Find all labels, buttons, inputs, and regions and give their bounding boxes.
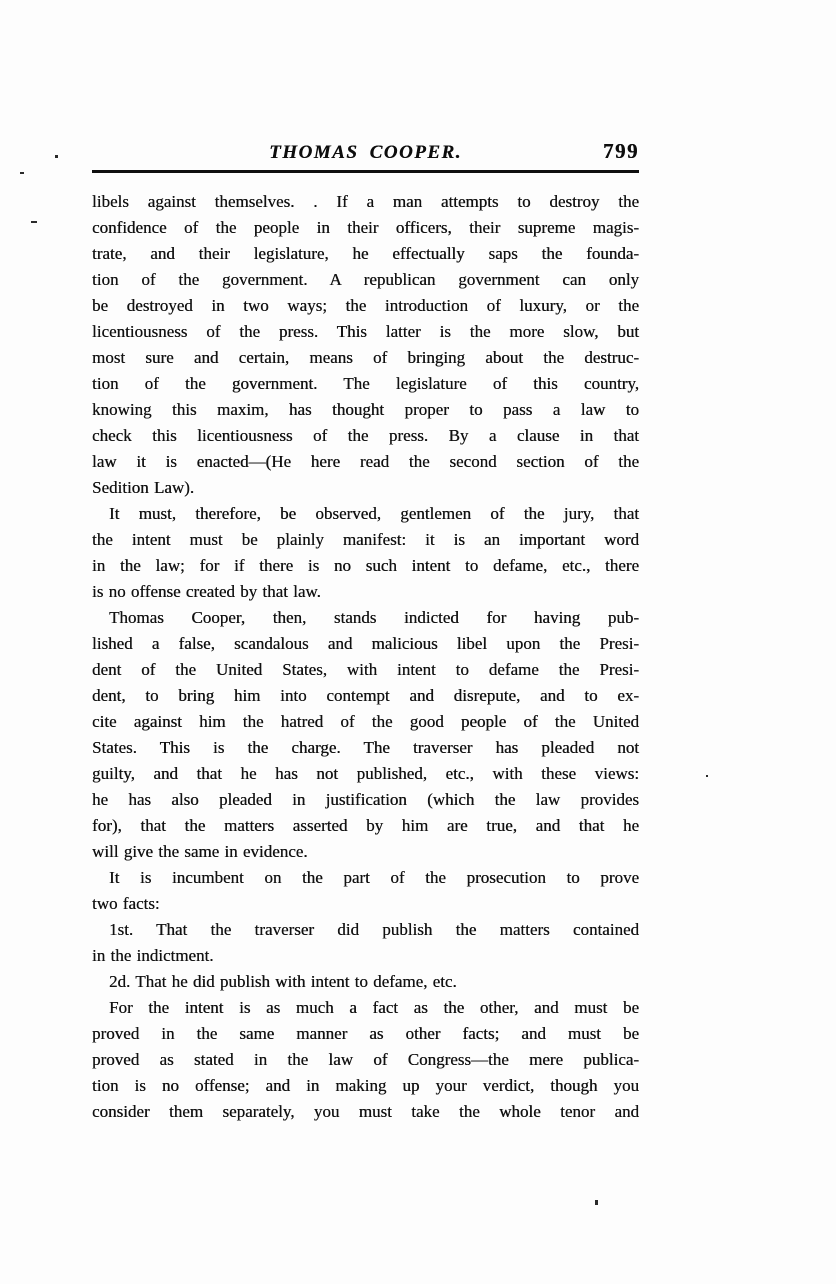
text-line: check this licentiousness of the press. … [92, 423, 639, 449]
text-line: It is incumbent on the part of the prose… [92, 865, 639, 891]
scan-speck [31, 221, 37, 223]
paragraph: It is incumbent on the part of the prose… [92, 865, 639, 917]
paragraph: 2d. That he did publish with intent to d… [92, 969, 639, 995]
text-line: For the intent is as much a fact as the … [92, 995, 639, 1021]
paragraph: libels against themselves. . If a man at… [92, 189, 639, 501]
paragraph: For the intent is as much a fact as the … [92, 995, 639, 1125]
text-line: lished a false, scandalous and malicious… [92, 631, 639, 657]
text-line: tion is no offense; and in making up you… [92, 1073, 639, 1099]
text-line: in the law; for if there is no such inte… [92, 553, 639, 579]
scan-speck [706, 775, 708, 777]
text-line: for), that the matters asserted by him a… [92, 813, 639, 839]
text-line: proved in the same manner as other facts… [92, 1021, 639, 1047]
text-line: dent of the United States, with intent t… [92, 657, 639, 683]
text-line: Sedition Law). [92, 475, 639, 501]
text-line: proved as stated in the law of Congress—… [92, 1047, 639, 1073]
text-line: 2d. That he did publish with intent to d… [92, 969, 639, 995]
text-line: dent, to bring him into contempt and dis… [92, 683, 639, 709]
paragraph: It must, therefore, be observed, gentlem… [92, 501, 639, 605]
text-line: two facts: [92, 891, 639, 917]
text-line: It must, therefore, be observed, gentlem… [92, 501, 639, 527]
running-head: THOMAS COOPER. 799 [92, 141, 639, 169]
text-line: tion of the government. The legislature … [92, 371, 639, 397]
text-line: will give the same in evidence. [92, 839, 639, 865]
page-title: THOMAS COOPER. [92, 142, 639, 164]
text-line: guilty, and that he has not published, e… [92, 761, 639, 787]
text-line: consider them separately, you must take … [92, 1099, 639, 1125]
text-line: be destroyed in two ways; the introducti… [92, 293, 639, 319]
text-line: 1st. That the traverser did publish the … [92, 917, 639, 943]
text-line: libels against themselves. . If a man at… [92, 189, 639, 215]
text-line: knowing this maxim, has thought proper t… [92, 397, 639, 423]
text-line: trate, and their legislature, he effectu… [92, 241, 639, 267]
text-line: confidence of the people in their office… [92, 215, 639, 241]
text-line: law it is enacted—(He here read the seco… [92, 449, 639, 475]
text-line: most sure and certain, means of bringing… [92, 345, 639, 371]
text-line: Thomas Cooper, then, stands indicted for… [92, 605, 639, 631]
text-line: he has also pleaded in justification (wh… [92, 787, 639, 813]
text-line: tion of the government. A republican gov… [92, 267, 639, 293]
scanned-book-page: THOMAS COOPER. 799 libels against themse… [0, 0, 836, 1284]
scan-speck [20, 172, 24, 174]
text-line: cite against him the hatred of the good … [92, 709, 639, 735]
text-line: States. This is the charge. The traverse… [92, 735, 639, 761]
body-text: libels against themselves. . If a man at… [92, 189, 639, 1125]
text-line: is no offense created by that law. [92, 579, 639, 605]
header-divider-rule [92, 170, 639, 173]
text-line: licentiousness of the press. This latter… [92, 319, 639, 345]
page-number: 799 [603, 139, 639, 164]
text-line: in the indictment. [92, 943, 639, 969]
paragraph: 1st. That the traverser did publish the … [92, 917, 639, 969]
paragraph: Thomas Cooper, then, stands indicted for… [92, 605, 639, 865]
scan-speck [595, 1200, 598, 1205]
text-line: the intent must be plainly manifest: it … [92, 527, 639, 553]
scan-speck [55, 155, 58, 158]
